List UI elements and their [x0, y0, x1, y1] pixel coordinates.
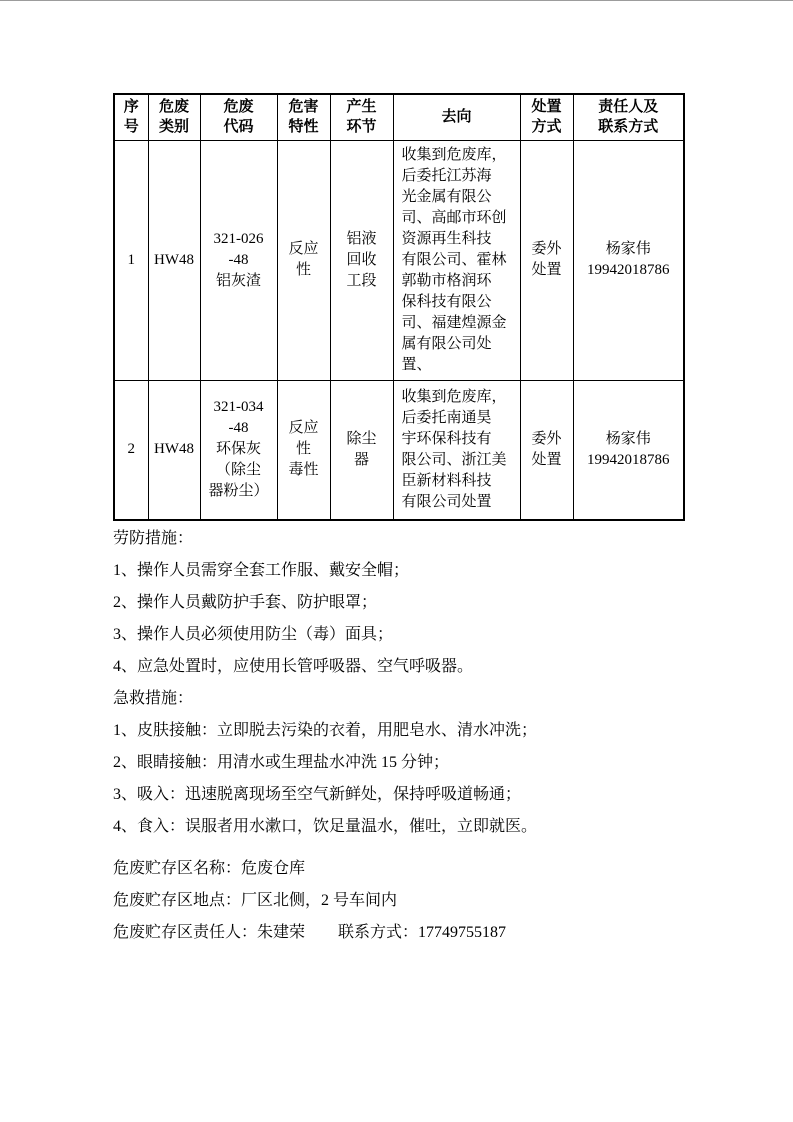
cell-no: 1 [114, 140, 148, 380]
page-top-edge-line [0, 0, 793, 1]
cell-destination: 收集到危废库， 后委托江苏海 光金属有限公 司、高邮市环创 资源再生科技 有限公… [393, 140, 520, 380]
header-hazard-property: 危害 特性 [277, 94, 330, 140]
labor-protection-section: 劳防措施： 1、操作人员需穿全套工作服、戴安全帽； 2、操作人员戴防护手套、防护… [113, 529, 683, 676]
header-no: 序 号 [114, 94, 148, 140]
labor-protection-item: 2、操作人员戴防护手套、防护眼罩； [113, 593, 683, 612]
header-waste-code: 危废 代码 [200, 94, 277, 140]
cell-waste-code: 321-034 -48 环保灰 （除尘 器粉尘） [200, 380, 277, 520]
header-responsible-contact: 责任人及 联系方式 [573, 94, 684, 140]
storage-area-contact: 联系方式：17749755187 [338, 923, 506, 942]
labor-protection-item: 1、操作人员需穿全套工作服、戴安全帽； [113, 561, 683, 580]
cell-generation-stage: 铝液 回收 工段 [330, 140, 393, 380]
document-content: 序 号 危废 类别 危废 代码 危害 特性 产生 环节 去向 处置 方式 责任人… [113, 93, 683, 955]
cell-waste-code: 321-026 -48 铝灰渣 [200, 140, 277, 380]
storage-area-name: 危废贮存区名称：危废仓库 [113, 859, 683, 878]
first-aid-section: 急救措施： 1、皮肤接触：立即脱去污染的衣着，用肥皂水、清水冲洗； 2、眼睛接触… [113, 689, 683, 836]
hazardous-waste-table: 序 号 危废 类别 危废 代码 危害 特性 产生 环节 去向 处置 方式 责任人… [113, 93, 685, 521]
labor-protection-item: 4、应急处置时，应使用长管呼吸器、空气呼吸器。 [113, 657, 683, 676]
cell-disposal-method: 委外 处置 [520, 380, 573, 520]
table-row: 1 HW48 321-026 -48 铝灰渣 反应 性 铝液 回收 工段 收集到… [114, 140, 684, 380]
storage-area-responsible: 危废贮存区责任人：朱建荣 [113, 924, 305, 941]
first-aid-item: 1、皮肤接触：立即脱去污染的衣着，用肥皂水、清水冲洗； [113, 721, 683, 740]
cell-generation-stage: 除尘 器 [330, 380, 393, 520]
labor-protection-item: 3、操作人员必须使用防尘（毒）面具； [113, 625, 683, 644]
first-aid-item: 4、食入：误服者用水漱口，饮足量温水，催吐，立即就医。 [113, 817, 683, 836]
cell-hazard-property: 反应 性 [277, 140, 330, 380]
header-disposal-method: 处置 方式 [520, 94, 573, 140]
header-generation-stage: 产生 环节 [330, 94, 393, 140]
storage-area-section: 危废贮存区名称：危废仓库 危废贮存区地点：厂区北侧，2 号车间内 危废贮存区责任… [113, 859, 683, 942]
cell-disposal-method: 委外 处置 [520, 140, 573, 380]
header-waste-category: 危废 类别 [148, 94, 200, 140]
cell-responsible-contact: 杨家伟 19942018786 [573, 140, 684, 380]
first-aid-item: 3、吸入：迅速脱离现场至空气新鲜处，保持呼吸道畅通； [113, 785, 683, 804]
storage-area-location: 危废贮存区地点：厂区北侧，2 号车间内 [113, 891, 683, 910]
cell-destination: 收集到危废库， 后委托南通昊 宇环保科技有 限公司、浙江美 臣新材料科技 有限公… [393, 380, 520, 520]
first-aid-title: 急救措施： [113, 689, 683, 708]
storage-area-person-line: 危废贮存区责任人：朱建荣联系方式：17749755187 [113, 923, 683, 942]
header-destination: 去向 [393, 94, 520, 140]
first-aid-item: 2、眼睛接触：用清水或生理盐水冲洗 15 分钟； [113, 753, 683, 772]
cell-no: 2 [114, 380, 148, 520]
table-row: 2 HW48 321-034 -48 环保灰 （除尘 器粉尘） 反应 性 毒性 … [114, 380, 684, 520]
cell-waste-category: HW48 [148, 140, 200, 380]
table-header-row: 序 号 危废 类别 危废 代码 危害 特性 产生 环节 去向 处置 方式 责任人… [114, 94, 684, 140]
cell-hazard-property: 反应 性 毒性 [277, 380, 330, 520]
labor-protection-title: 劳防措施： [113, 529, 683, 548]
cell-waste-category: HW48 [148, 380, 200, 520]
cell-responsible-contact: 杨家伟 19942018786 [573, 380, 684, 520]
